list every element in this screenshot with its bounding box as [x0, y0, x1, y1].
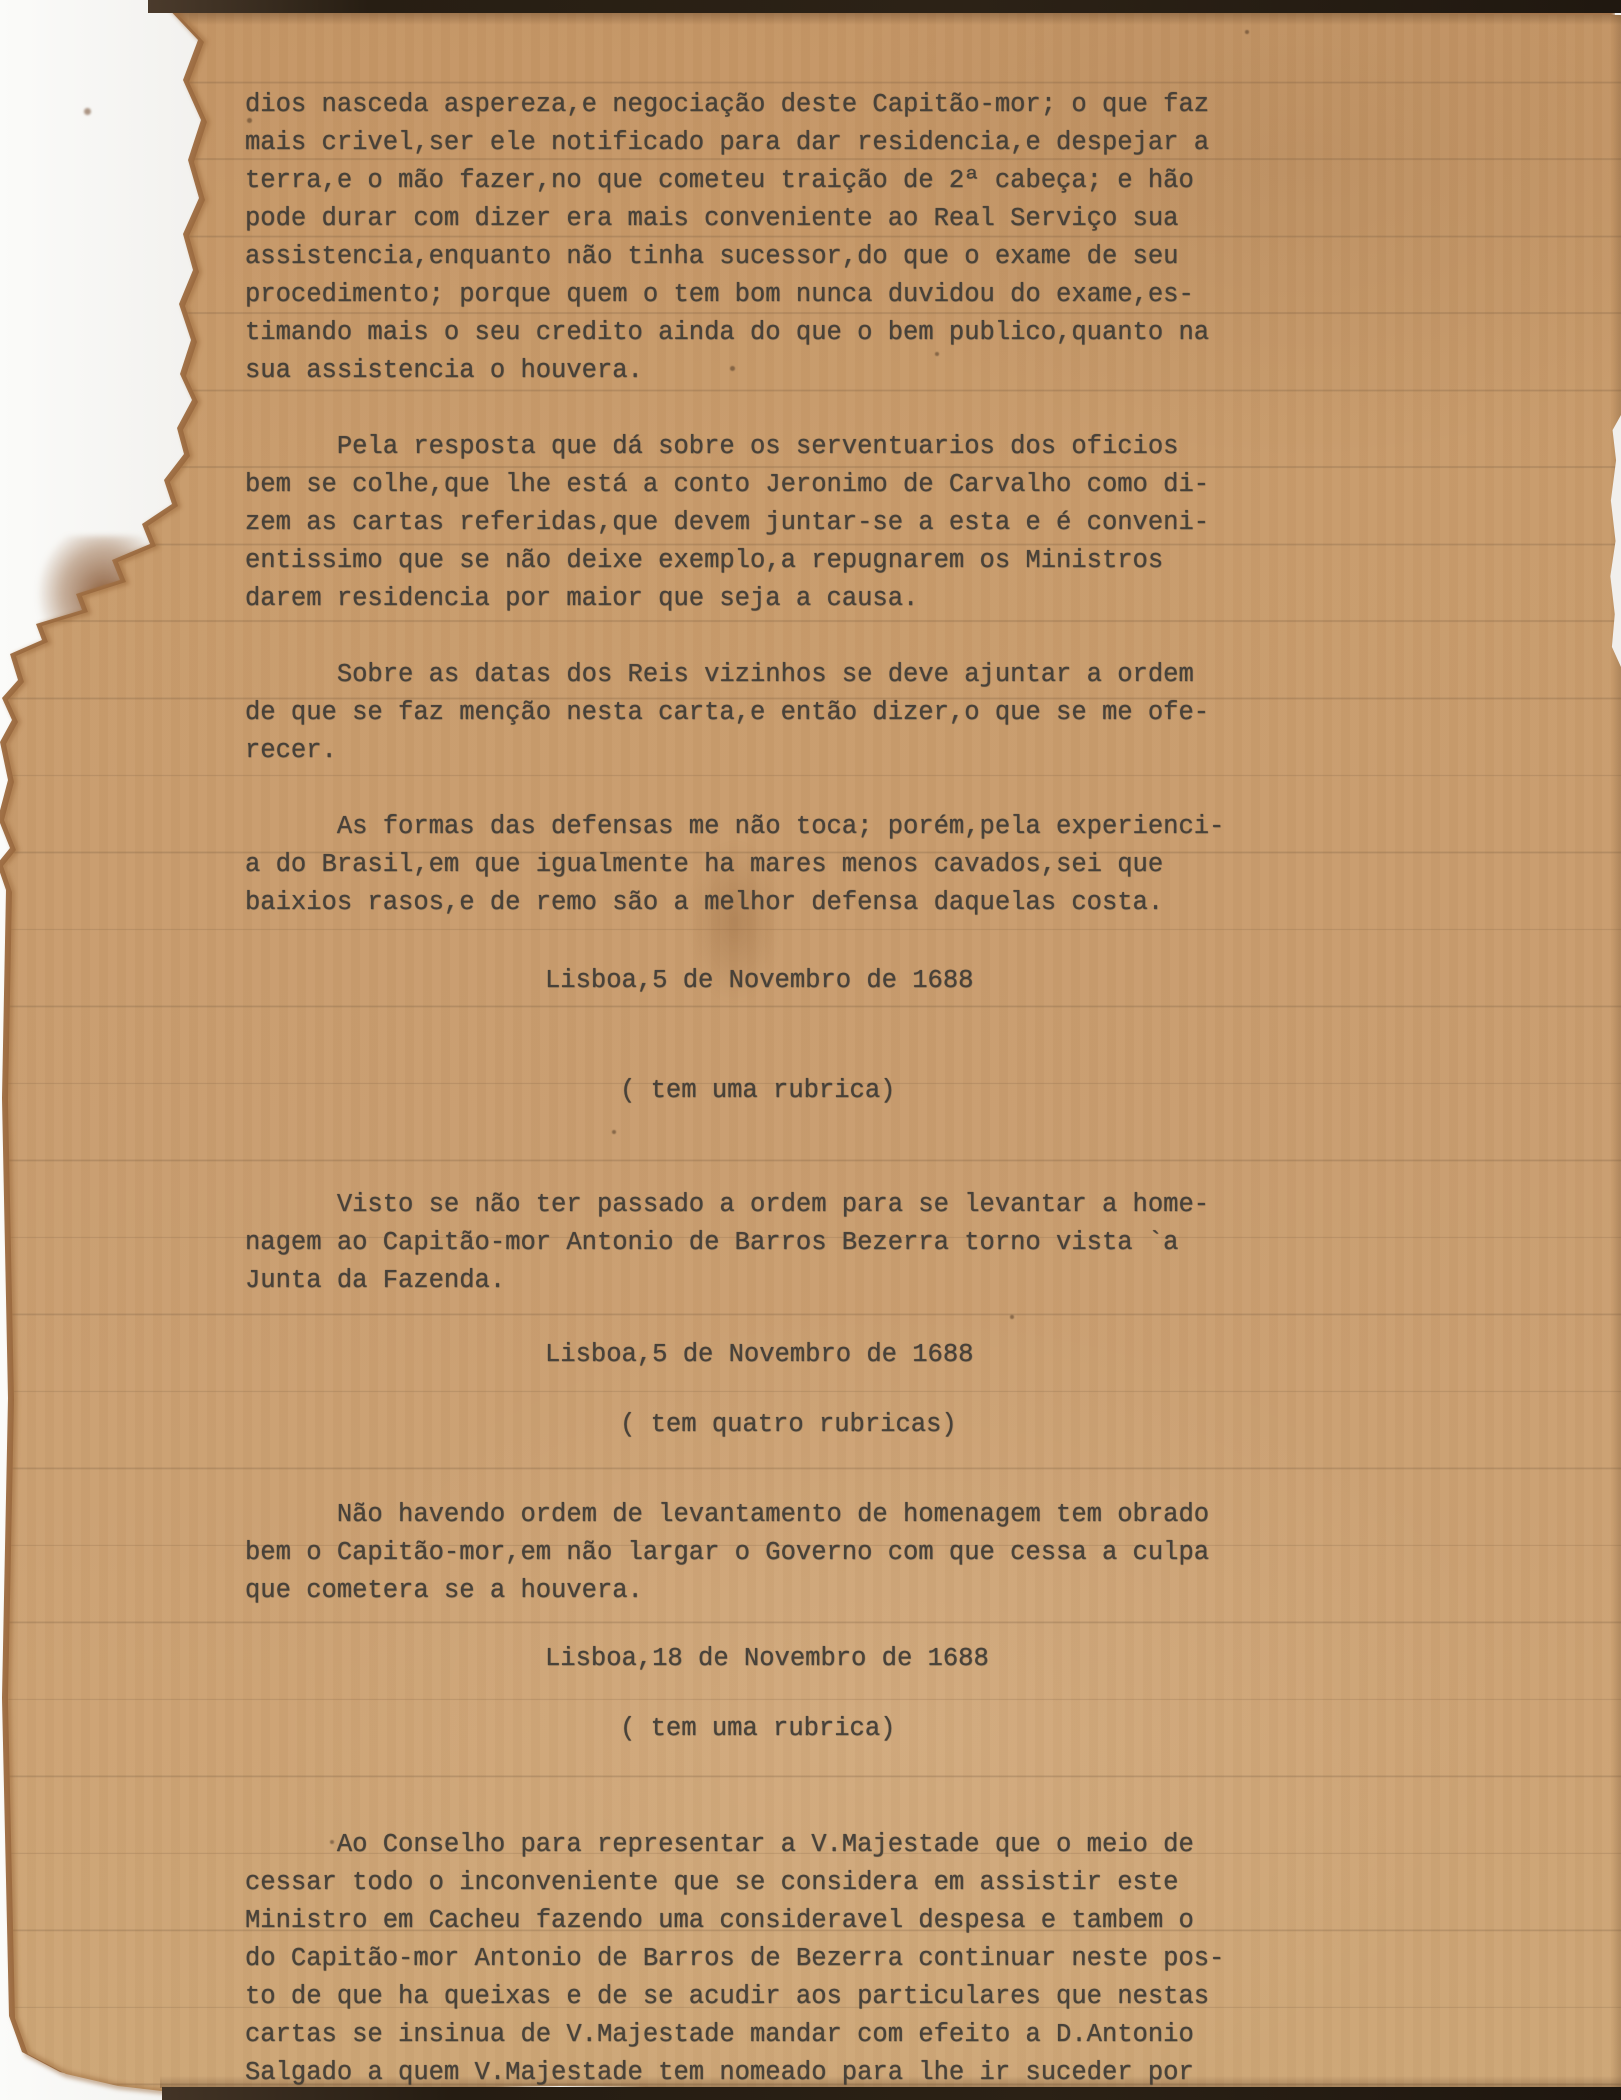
- text-line: Não havendo ordem de levantamento de hom…: [245, 1496, 1209, 1534]
- dateline: Lisboa,18 de Novembro de 1688: [545, 1640, 989, 1678]
- text-line: bem se colhe,que lhe está a conto Jeroni…: [245, 466, 1209, 504]
- rubric-text: ( tem quatro rubricas): [620, 1406, 957, 1444]
- paragraph-block: Sobre as datas dos Reis vizinhos se deve…: [245, 656, 1209, 770]
- date-text: Lisboa,18 de Novembro de 1688: [545, 1640, 989, 1678]
- dateline: Lisboa,5 de Novembro de 1688: [545, 1336, 973, 1374]
- text-line: sua assistencia o houvera.: [245, 352, 1209, 390]
- text-line: to de que ha queixas e de se acudir aos …: [245, 1978, 1224, 2016]
- text-line: cessar todo o inconveniente que se consi…: [245, 1864, 1224, 1902]
- dateline: Lisboa,5 de Novembro de 1688: [545, 962, 973, 1000]
- text-line: darem residencia por maior que seja a ca…: [245, 580, 1209, 618]
- text-line: mais crivel,ser ele notificado para dar …: [245, 124, 1209, 162]
- text-line: a do Brasil,em que igualmente ha mares m…: [245, 846, 1224, 884]
- text-line: recer.: [245, 732, 1209, 770]
- rubric-text: ( tem uma rubrica): [620, 1072, 895, 1110]
- text-line: do Capitão-mor Antonio de Barros de Beze…: [245, 1940, 1224, 1978]
- text-line: bem o Capitão-mor,em não largar o Govern…: [245, 1534, 1209, 1572]
- scan-shadow-top: [148, 0, 1621, 13]
- text-line: Ministro em Cacheu fazendo uma considera…: [245, 1902, 1224, 1940]
- rubric-text: ( tem uma rubrica): [620, 1710, 895, 1748]
- rubric-note: ( tem uma rubrica): [620, 1710, 895, 1748]
- text-line: procedimento; porque quem o tem bom nunc…: [245, 276, 1209, 314]
- text-line: As formas das defensas me não toca; poré…: [245, 808, 1224, 846]
- paragraph-block: Visto se não ter passado a ordem para se…: [245, 1186, 1209, 1300]
- text-line: de que se faz menção nesta carta,e então…: [245, 694, 1209, 732]
- scanned-document-page: dios nasceda aspereza,e negociação deste…: [0, 0, 1621, 2100]
- paragraph-block: dios nasceda aspereza,e negociação deste…: [245, 86, 1209, 390]
- text-line: terra,e o mão fazer,no que cometeu traiç…: [245, 162, 1209, 200]
- text-line: Pela resposta que dá sobre os serventuar…: [245, 428, 1209, 466]
- text-line: Junta da Fazenda.: [245, 1262, 1209, 1300]
- text-line: timando mais o seu credito ainda do que …: [245, 314, 1209, 352]
- text-line: dios nasceda aspereza,e negociação deste…: [245, 86, 1209, 124]
- paragraph-block: As formas das defensas me não toca; poré…: [245, 808, 1224, 922]
- text-line: assistencia,enquanto não tinha sucessor,…: [245, 238, 1209, 276]
- rubric-note: ( tem uma rubrica): [620, 1072, 895, 1110]
- text-line: cartas se insinua de V.Majestade mandar …: [245, 2016, 1224, 2054]
- text-line: pode durar com dizer era mais convenient…: [245, 200, 1209, 238]
- paper-sheet: dios nasceda aspereza,e negociação deste…: [0, 0, 1621, 2100]
- text-line: zem as cartas referidas,que devem juntar…: [245, 504, 1209, 542]
- date-text: Lisboa,5 de Novembro de 1688: [545, 962, 973, 1000]
- text-line: nagem ao Capitão-mor Antonio de Barros B…: [245, 1224, 1209, 1262]
- text-line: baixios rasos,e de remo são a melhor def…: [245, 884, 1224, 922]
- paragraph-block: Ao Conselho para representar a V.Majesta…: [245, 1826, 1224, 2092]
- paper-speck: [84, 108, 91, 115]
- date-text: Lisboa,5 de Novembro de 1688: [545, 1336, 973, 1374]
- paragraph-block: Pela resposta que dá sobre os serventuar…: [245, 428, 1209, 618]
- text-line: Visto se não ter passado a ordem para se…: [245, 1186, 1209, 1224]
- text-line: entissimo que se não deixe exemplo,a rep…: [245, 542, 1209, 580]
- scan-shadow-bottom: [162, 2087, 1621, 2100]
- rubric-note: ( tem quatro rubricas): [620, 1406, 957, 1444]
- text-line: Sobre as datas dos Reis vizinhos se deve…: [245, 656, 1209, 694]
- text-line: Ao Conselho para representar a V.Majesta…: [245, 1826, 1224, 1864]
- text-line: que cometera se a houvera.: [245, 1572, 1209, 1610]
- paragraph-block: Não havendo ordem de levantamento de hom…: [245, 1496, 1209, 1610]
- typewritten-text: dios nasceda aspereza,e negociação deste…: [0, 0, 1621, 2100]
